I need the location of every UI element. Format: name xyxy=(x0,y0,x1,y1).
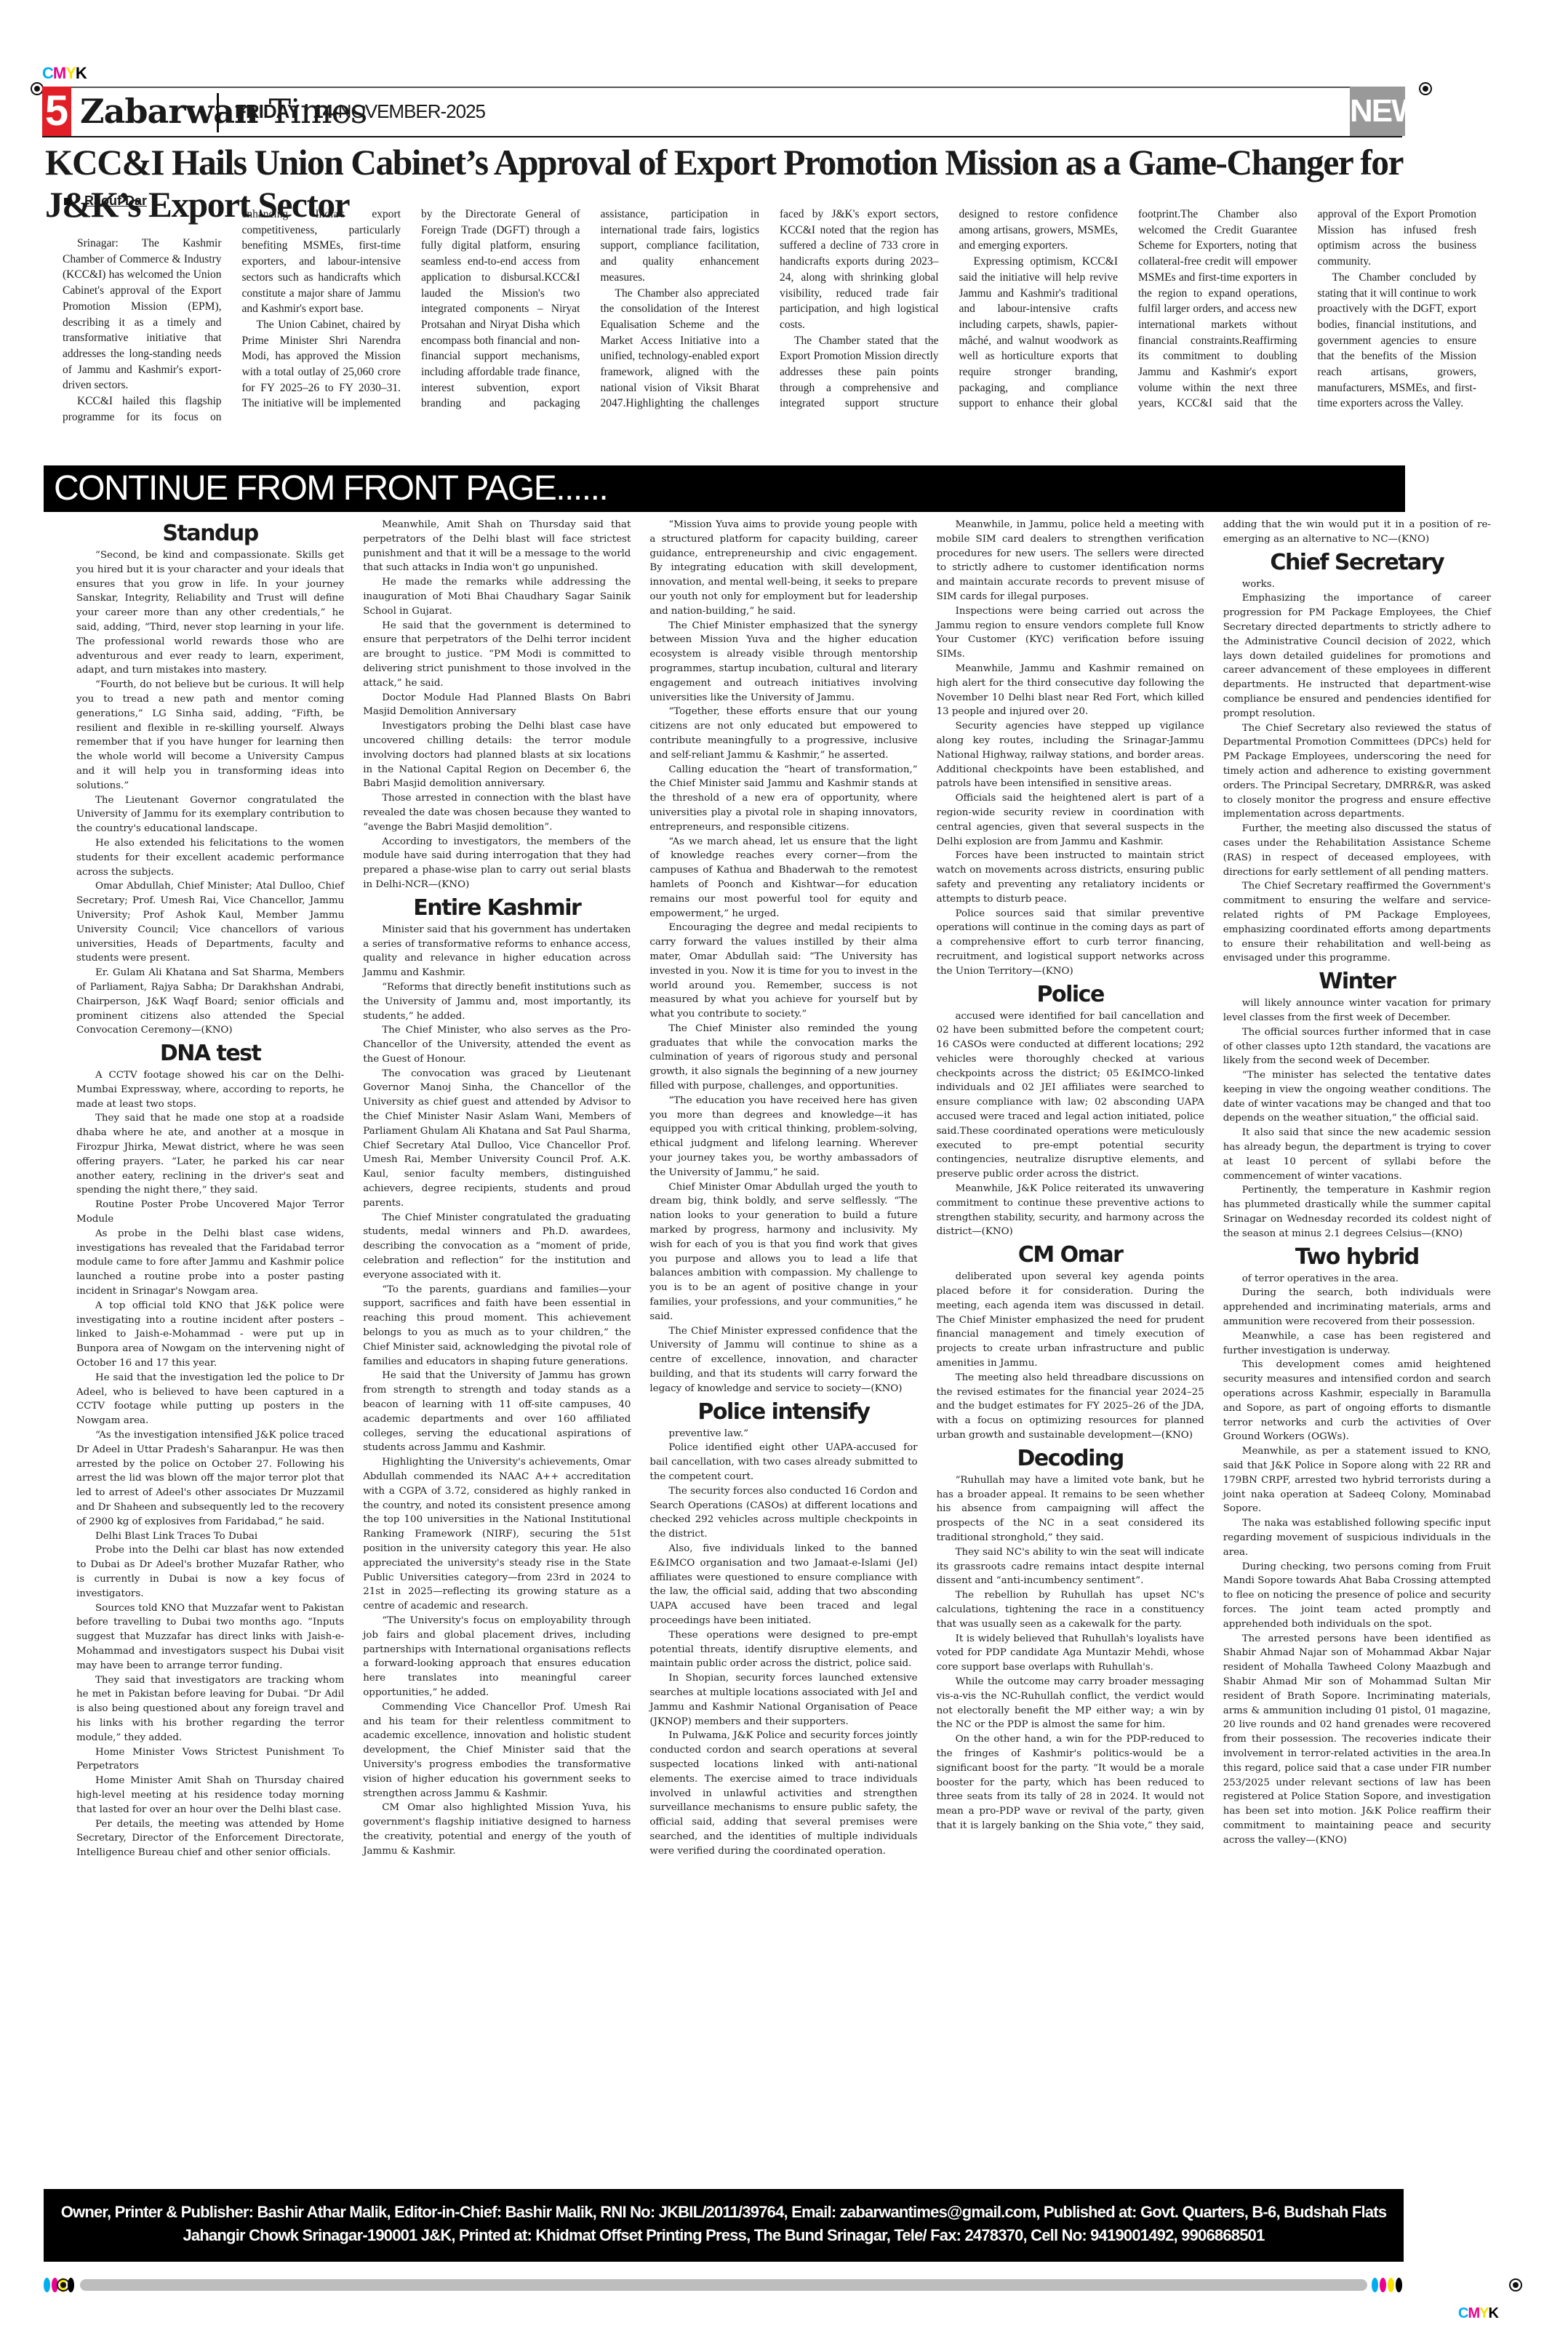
story-paragraph: He also extended his felicitations to th… xyxy=(76,836,344,879)
story-paragraph: They said that he made one stop at a roa… xyxy=(76,1111,344,1198)
story-paragraph: In Pulwama, J&K Police and security forc… xyxy=(649,1729,917,1858)
story-paragraph: Security agencies have stepped up vigila… xyxy=(937,719,1204,791)
cmyk-mark-top: CMYK xyxy=(42,64,87,83)
section-heading: Decoding xyxy=(937,1446,1204,1472)
story-paragraph: Police identified eight other UAPA-accus… xyxy=(649,1441,917,1484)
story-paragraph: “Fourth, do not believe but be curious. … xyxy=(76,678,344,793)
story-paragraph: Per details, the meeting was attended by… xyxy=(76,1817,344,1860)
bullet-square-icon xyxy=(64,198,71,205)
story-paragraph: “The education you have received here ha… xyxy=(649,1094,917,1180)
section-label: NEWS xyxy=(1350,87,1405,136)
registration-mark-icon xyxy=(57,2278,70,2292)
story-paragraph: “Reforms that directly benefit instituti… xyxy=(363,980,631,1023)
section-heading: DNA test xyxy=(76,1041,344,1067)
story-paragraph: works. xyxy=(1223,577,1491,592)
story-paragraph: They said NC's ability to win the seat w… xyxy=(937,1545,1204,1588)
story-paragraph: He said that the government is determine… xyxy=(363,619,631,691)
story-paragraph: Calling education the “heart of transfor… xyxy=(649,763,917,835)
story-paragraph: He said that the investigation led the p… xyxy=(76,1371,344,1428)
story-paragraph: Also, five individuals linked to the ban… xyxy=(649,1542,917,1628)
section-heading: Entire Kashmir xyxy=(363,895,631,921)
story-paragraph: “Together, these efforts ensure that our… xyxy=(649,705,917,762)
story-paragraph: Commending Vice Chancellor Prof. Umesh R… xyxy=(363,1700,631,1801)
story-paragraph: This development comes amid heightened s… xyxy=(1223,1358,1491,1444)
story-paragraph: “Mission Yuva aims to provide young peop… xyxy=(649,518,917,619)
story-paragraph: Emphasizing the importance of career pro… xyxy=(1223,591,1491,721)
story-paragraph: Pertinently, the temperature in Kashmir … xyxy=(1223,1183,1491,1241)
story-paragraph: Meanwhile, J&K Police reiterated its unw… xyxy=(937,1182,1204,1239)
cmyk-m: M xyxy=(53,64,65,82)
cyan-dot xyxy=(1372,2278,1378,2292)
paper-name-bold: Zabarwan xyxy=(80,92,257,131)
story-paragraph: “The University's focus on employability… xyxy=(363,1614,631,1700)
section-heading: CM Omar xyxy=(937,1242,1204,1268)
story-paragraph: Police sources said that similar prevent… xyxy=(937,907,1204,979)
date-day: 14 xyxy=(313,100,332,122)
story-paragraph: The Chief Secretary reaffirmed the Gover… xyxy=(1223,879,1491,966)
page-number: 5 xyxy=(42,87,71,136)
story-paragraph: CM Omar also highlighted Mission Yuva, h… xyxy=(363,1801,631,1858)
story-paragraph: Forces have been instructed to maintain … xyxy=(937,849,1204,906)
story-paragraph: preventive law.” xyxy=(649,1427,917,1441)
story-paragraph: Meanwhile, as per a statement issued to … xyxy=(1223,1444,1491,1516)
cmyk-y: Y xyxy=(1479,2305,1488,2321)
story-paragraph: A CCTV footage showed his car on the Del… xyxy=(76,1068,344,1111)
imprint-line-1: Owner, Printer & Publisher: Bashir Athar… xyxy=(44,2201,1404,2224)
section-heading: Police intensify xyxy=(649,1399,917,1425)
story-paragraph: It is widely believed that Ruhullah's lo… xyxy=(937,1632,1204,1675)
section-heading: Winter xyxy=(1223,969,1491,995)
story-paragraph: Inspections were being carried out acros… xyxy=(937,604,1204,662)
story-paragraph: Routine Poster Probe Uncovered Major Ter… xyxy=(76,1198,344,1227)
story-paragraph: The security forces also conducted 16 Co… xyxy=(649,1484,917,1542)
story-paragraph: Meanwhile, Jammu and Kashmir remained on… xyxy=(937,662,1204,719)
story-paragraph: During the search, both individuals were… xyxy=(1223,1286,1491,1329)
story-paragraph: The Chief Minister emphasized that the s… xyxy=(649,619,917,705)
section-heading: Chief Secretary xyxy=(1223,550,1491,576)
story-paragraph: According to investigators, the members … xyxy=(363,835,631,892)
story-paragraph: The convocation was graced by Lieutenant… xyxy=(363,1067,631,1211)
story-paragraph: The Lieutenant Governor congratulated th… xyxy=(76,793,344,836)
registration-mark-icon xyxy=(1509,2278,1522,2292)
story-paragraph: The rebellion by Ruhullah has upset NC's… xyxy=(937,1588,1204,1631)
story-paragraph: Investigators probing the Delhi blast ca… xyxy=(363,719,631,791)
story-paragraph: These operations were designed to pre-em… xyxy=(649,1628,917,1671)
grey-bar xyxy=(80,2279,1367,2291)
cmyk-c: C xyxy=(1458,2305,1468,2321)
masthead-divider xyxy=(217,93,219,132)
story-paragraph: The naka was established following speci… xyxy=(1223,1516,1491,1559)
story-paragraph: In Shopian, security forces launched ext… xyxy=(649,1671,917,1729)
story-paragraph: The Chief Minister also reminded the you… xyxy=(649,1022,917,1094)
cmyk-m: M xyxy=(1468,2305,1479,2321)
continuation-stories: Standup“Second, be kind and compassionat… xyxy=(76,518,1491,2183)
story-paragraph: Omar Abdullah, Chief Minister; Atal Dull… xyxy=(76,879,344,966)
day: FRIDAY xyxy=(235,100,299,122)
story-paragraph: “The minister has selected the tentative… xyxy=(1223,1068,1491,1126)
story-paragraph: Er. Gulam Ali Khatana and Sat Sharma, Me… xyxy=(76,966,344,1038)
lead-paragraph: Srinagar: The Kashmir Chamber of Commerc… xyxy=(63,236,222,393)
story-paragraph: Further, the meeting also discussed the … xyxy=(1223,822,1491,879)
cyan-dot xyxy=(44,2278,50,2292)
black-dot xyxy=(1396,2278,1402,2292)
story-paragraph: The official sources further informed th… xyxy=(1223,1025,1491,1068)
story-paragraph: He said that the University of Jammu has… xyxy=(363,1369,631,1455)
story-paragraph: The meeting also held threadbare discuss… xyxy=(937,1371,1204,1443)
story-paragraph: will likely announce winter vacation for… xyxy=(1223,996,1491,1025)
story-paragraph: The Chief Minister congratulated the gra… xyxy=(363,1211,631,1283)
lead-story-body: Srinagar: The Kashmir Chamber of Commerc… xyxy=(63,207,1476,457)
story-paragraph: The Chief Minister, who also serves as t… xyxy=(363,1023,631,1066)
story-paragraph: During checking, two persons coming from… xyxy=(1223,1560,1491,1632)
story-paragraph: Chief Minister Omar Abdullah urged the y… xyxy=(649,1180,917,1324)
story-paragraph: “Second, be kind and compassionate. Skil… xyxy=(76,548,344,678)
story-paragraph: Probe into the Delhi car blast has now e… xyxy=(76,1543,344,1601)
section-heading: Standup xyxy=(76,521,344,547)
dateline: FRIDAY | 14-NOVEMBER-2025 xyxy=(235,100,485,123)
story-paragraph: Meanwhile, a case has been registered an… xyxy=(1223,1329,1491,1358)
story-paragraph: Officials said the heightened alert is p… xyxy=(937,791,1204,849)
story-paragraph: Doctor Module Had Planned Blasts On Babr… xyxy=(363,691,631,720)
story-paragraph: accused were identified for bail cancell… xyxy=(937,1009,1204,1182)
story-paragraph: Home Minister Amit Shah on Thursday chai… xyxy=(76,1774,344,1817)
story-paragraph: While the outcome may carry broader mess… xyxy=(937,1675,1204,1732)
story-paragraph: Sources told KNO that Muzzafar went to P… xyxy=(76,1601,344,1673)
story-paragraph: The Chief Secretary also reviewed the st… xyxy=(1223,721,1491,823)
section-heading: Two hybrid xyxy=(1223,1244,1491,1270)
cmyk-y: Y xyxy=(65,64,76,82)
story-paragraph: Minister said that his government has un… xyxy=(363,923,631,980)
date-rest: -NOVEMBER-2025 xyxy=(332,100,485,122)
story-paragraph: Delhi Blast Link Traces To Dubai xyxy=(76,1529,344,1544)
story-paragraph: Highlighting the University's achievemen… xyxy=(363,1455,631,1614)
byline-name: Raouf Dar xyxy=(84,193,147,208)
color-registration-bar xyxy=(44,2278,1405,2292)
imprint-footer: Owner, Printer & Publisher: Bashir Athar… xyxy=(44,2189,1404,2262)
cmyk-c: C xyxy=(42,64,53,82)
continuation-banner: CONTINUE FROM FRONT PAGE...... xyxy=(44,465,1405,512)
imprint-line-2: Jahangir Chowk Srinagar-190001 J&K, Prin… xyxy=(44,2224,1404,2247)
cmyk-k: K xyxy=(76,64,87,82)
lead-paragraph: The Chamber concluded by stating that it… xyxy=(1318,270,1477,412)
story-paragraph: He made the remarks while addressing the… xyxy=(363,575,631,618)
story-paragraph: “Ruhullah may have a limited vote bank, … xyxy=(937,1473,1204,1545)
story-paragraph: Encouraging the degree and medal recipie… xyxy=(649,921,917,1022)
story-paragraph: The Chief Minister expressed confidence … xyxy=(649,1324,917,1396)
story-paragraph: They said that investigators are trackin… xyxy=(76,1673,344,1745)
story-paragraph: It also said that since the new academic… xyxy=(1223,1126,1491,1183)
story-paragraph: Those arrested in connection with the bl… xyxy=(363,791,631,834)
yellow-dot xyxy=(1388,2278,1394,2292)
story-paragraph: Meanwhile, Amit Shah on Thursday said th… xyxy=(363,518,631,575)
story-paragraph: “To the parents, guardians and families—… xyxy=(363,1283,631,1369)
cmyk-mark-bottom: CMYK xyxy=(1458,2305,1498,2322)
story-paragraph: The arrested persons have been identifie… xyxy=(1223,1632,1491,1848)
story-paragraph: Home Minister Vows Strictest Punishment … xyxy=(76,1745,344,1774)
story-paragraph: deliberated upon several key agenda poin… xyxy=(937,1270,1204,1371)
story-paragraph: of terror operatives in the area. xyxy=(1223,1272,1491,1286)
magenta-dot xyxy=(1380,2278,1386,2292)
story-paragraph: Meanwhile, in Jammu, police held a meeti… xyxy=(937,518,1204,604)
cmyk-k: K xyxy=(1488,2305,1497,2321)
story-paragraph: As probe in the Delhi blast case widens,… xyxy=(76,1227,344,1299)
story-paragraph: A top official told KNO that J&K police … xyxy=(76,1299,344,1371)
section-heading: Police xyxy=(937,982,1204,1008)
story-paragraph: “As the investigation intensified J&K po… xyxy=(76,1428,344,1529)
story-paragraph: “As we march ahead, let us ensure that t… xyxy=(649,835,917,921)
